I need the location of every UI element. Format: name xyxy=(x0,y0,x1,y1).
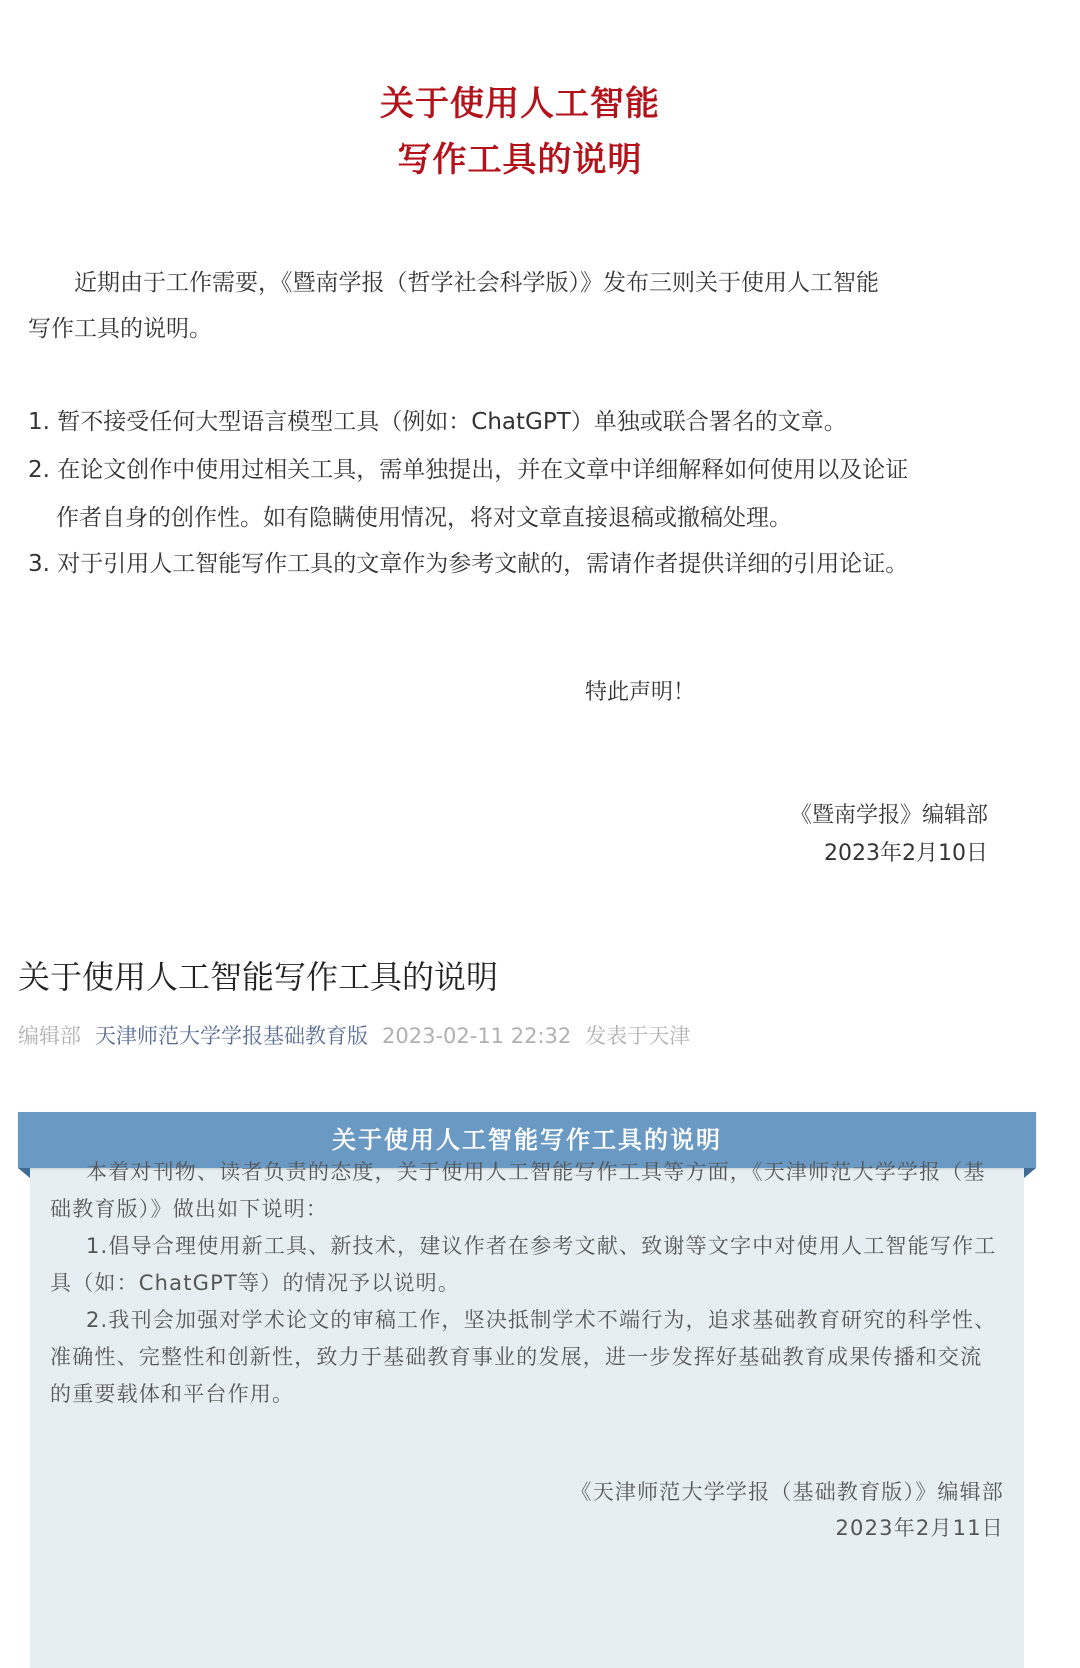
item-text: 暂不接受任何大型语言模型工具（例如：ChatGPT）单独或联合署名的文章。 xyxy=(57,409,847,435)
account-link[interactable]: 天津师范大学学报基础教育版 xyxy=(95,1024,368,1048)
intro-line2: 写作工具的说明。 xyxy=(28,306,1018,352)
notice-title-line2: 写作工具的说明 xyxy=(0,132,1040,188)
article-meta: 编辑部天津师范大学学报基础教育版2023-02-11 22:32发表于天津 xyxy=(18,1020,690,1050)
notice-item-2: 2. 在论文创作中使用过相关工具，需单独提出，并在文章中详细解释如何使用以及论证… xyxy=(28,446,1018,542)
card-paragraph-3: 2.我刊会加强对学术论文的审稿工作，坚决抵制学术不端行为，追求基础教育研究的科学… xyxy=(50,1302,1004,1413)
article-title: 关于使用人工智能写作工具的说明 xyxy=(18,952,498,998)
card-paragraph-1: 本着对刊物、读者负责的态度，关于使用人工智能写作工具等方面，《天津师范大学学报（… xyxy=(50,1154,1004,1228)
banner-fold-right xyxy=(1024,1168,1036,1178)
item-text: 对于引用人工智能写作工具的文章作为参考文献的，需请作者提供详细的引用论证。 xyxy=(57,551,908,577)
card-paragraph-2: 1.倡导合理使用新工具、新技术，建议作者在参考文献、致谢等文字中对使用人工智能写… xyxy=(50,1228,1004,1302)
notice-signature: 《暨南学报》编辑部 xyxy=(600,798,988,829)
notice-item-1: 1. 暂不接受任何大型语言模型工具（例如：ChatGPT）单独或联合署名的文章。 xyxy=(28,398,1018,446)
intro-line1: 近期由于工作需要，《暨南学报（哲学社会科学版）》发布三则关于使用人工智能 xyxy=(28,260,1018,306)
item-number: 1. xyxy=(28,409,50,435)
meta-author: 编辑部 xyxy=(18,1024,81,1048)
item-number: 2. xyxy=(28,457,50,483)
declaration: 特此声明！ xyxy=(585,675,695,706)
card-date: 2023年2月11日 xyxy=(50,1510,1004,1547)
banner-fold-left xyxy=(18,1168,30,1178)
notice-item-3: 3. 对于引用人工智能写作工具的文章作为参考文献的，需请作者提供详细的引用论证。 xyxy=(28,540,1018,588)
card-signature: 《天津师范大学学报（基础教育版）》编辑部 xyxy=(50,1474,1004,1511)
meta-location: 发表于天津 xyxy=(585,1024,690,1048)
item-text: 在论文创作中使用过相关工具，需单独提出，并在文章中详细解释如何使用以及论证 xyxy=(57,457,908,483)
notice-intro: 近期由于工作需要，《暨南学报（哲学社会科学版）》发布三则关于使用人工智能 写作工… xyxy=(28,260,1018,352)
item-text-cont: 作者自身的创作性。如有隐瞒使用情况，将对文章直接退稿或撤稿处理。 xyxy=(28,494,1018,542)
notice-title-line1: 关于使用人工智能 xyxy=(0,76,1040,132)
meta-datetime: 2023-02-11 22:32 xyxy=(382,1024,571,1048)
notice-date: 2023年2月10日 xyxy=(600,836,988,867)
item-number: 3. xyxy=(28,551,50,577)
